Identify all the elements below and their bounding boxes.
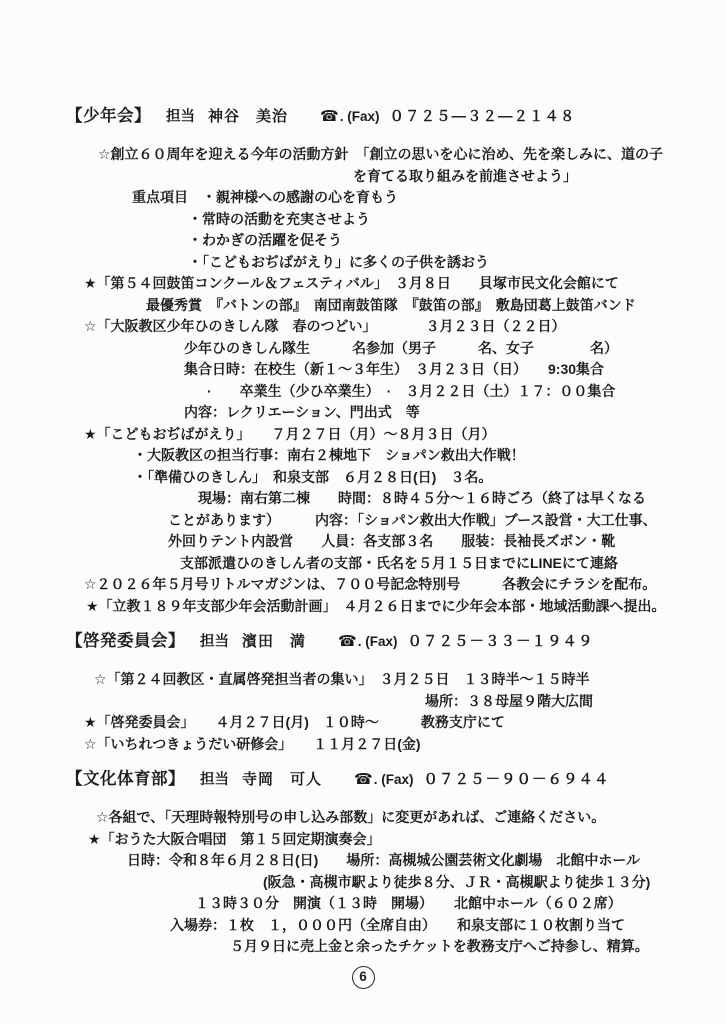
text-line: 少年ひのきしん隊生 名参加（男子 名、女子 名） [0, 338, 726, 360]
text-line: ５月９日に売上金と余ったチケットを教務支庁へご持参し、精算。 [0, 936, 726, 958]
text-line: １３時３０分 開演（１３時 開場） 北館中ホール（６０２席） [0, 893, 726, 915]
contact-label: 担当 [200, 768, 229, 792]
text-line: ☆「第２４回教区・直属啓発担当者の集い」 ３月２５日 １３時半～１５時半 [0, 669, 726, 691]
fax-label: . (Fax) [358, 630, 398, 654]
text-line: ☆２０２６年５月号リトルマガジンは、７００号記念特別号 各教会にチラシを配布。 [0, 574, 726, 596]
text-line: ことがあります） 内容：「ショパン救出大作戦」ブース設営・大工仕事、 [0, 510, 726, 532]
phone-fax-icon: ☎ [320, 105, 339, 129]
text-line: ・常時の活動を充実させよう [0, 209, 726, 231]
section-heading: 【文化体育部】担当寺岡 可人☎. (Fax)０７２５－９０－６９４４ [0, 767, 726, 791]
text-line: 現場：南右第二棟 時間：８時４５分～１６時ごろ（終了は早くなる [0, 488, 726, 510]
phone-number: ０７２５－９０－６９４４ [423, 768, 609, 792]
text-line: (阪急・高槻市駅より徒歩８分、ＪＲ・高槻駅より徒歩１３分) [0, 872, 726, 894]
document-section: 【文化体育部】担当寺岡 可人☎. (Fax)０７２５－９０－６９４４☆各組で、「… [0, 767, 726, 958]
text-line: 場所：３８母屋９階大広間 [0, 691, 726, 713]
page-footer: 6 [0, 966, 726, 989]
text-line: ☆「いちれつきょうだい研修会」 １１月２７日(金) [0, 734, 726, 756]
contact-name: 寺岡 可人 [242, 768, 322, 792]
section-heading: 【少年会】担当神谷 美治☎. (Fax)０７２５—３２—２１４８ [0, 104, 726, 128]
contact-name: 濱田 満 [242, 630, 306, 654]
phone-fax-icon: ☎ [354, 768, 373, 792]
text-line: 支部派遣ひのきしん者の支部・氏名を５月１５日までにLINEにて連絡 [0, 553, 726, 575]
text-line: を育てる取り組みを前進させよう」 [0, 166, 726, 188]
text-line: ・「こどもおぢばがえり」に多くの子供を誘おう [0, 252, 726, 274]
document-page: 【少年会】担当神谷 美治☎. (Fax)０７２５—３２—２１４８☆創立６０周年を… [0, 0, 726, 1024]
text-line: 入場券：１枚 １，０００円（全席自由） 和泉支部に１０枚割り当て [0, 915, 726, 937]
text-line: ★「こどもおぢばがえり」 ７月２７日（月）～８月３日（月） [0, 424, 726, 446]
phone-number: ０７２５—３２—２１４８ [389, 105, 575, 129]
text-line: ☆「大阪教区少年ひのきしん隊 春のつどい」 ３月２３日（２２日） [0, 316, 726, 338]
text-line: 外回りテント内設営 人員：各支部３名 服装：長袖長ズボン・靴 [0, 531, 726, 553]
text-line: ★「第５４回鼓笛コンクール＆フェスティバル」 ３月８日 貝塚市民文化会館にて [0, 273, 726, 295]
fax-label: . (Fax) [340, 105, 380, 129]
text-line: 重点項目 ・親神様への感謝の心を育もう [0, 187, 726, 209]
text-line: · 卒業生（少ひ卒業生） · ３月２２日（土）１７：００集合 [0, 381, 726, 403]
page-number: 6 [352, 966, 375, 989]
section-title: 【啓発委員会】 [66, 629, 185, 653]
section-title: 【文化体育部】 [66, 767, 185, 791]
sections: 【少年会】担当神谷 美治☎. (Fax)０７２５—３２—２１４８☆創立６０周年を… [0, 0, 726, 958]
contact-name: 神谷 美治 [208, 105, 288, 129]
text-line: ★「おうた大阪合唱団 第１５回定期演奏会」 [0, 829, 726, 851]
section-heading: 【啓発委員会】担当濱田 満☎. (Fax)０７２５－３３－１９４９ [0, 629, 726, 653]
text-line: ★「啓発委員会」 ４月２７日(月) １０時～ 教務支庁にて [0, 712, 726, 734]
text-line: 最優秀賞 『バトンの部』 南団南鼓笛隊 『鼓笛の部』 敷島団葛上鼓笛バンド [0, 295, 726, 317]
fax-label: . (Fax) [374, 768, 414, 792]
contact-label: 担当 [200, 630, 229, 654]
document-section: 【少年会】担当神谷 美治☎. (Fax)０７２５—３２—２１４８☆創立６０周年を… [0, 104, 726, 617]
phone-number: ０７２５－３３－１９４９ [407, 630, 593, 654]
text-line: ・わかぎの活躍を促そう [0, 230, 726, 252]
text-line: 集合日時：在校生（新１～３年生） ３月２３日（日） 9:30集合 [0, 359, 726, 381]
text-line: ・大阪教区の担当行事：南右２棟地下 ショパン救出大作戦！ [0, 445, 726, 467]
text-line: ★「立教１８９年支部少年会活動計画」 ４月２６日までに少年会本部・地域活動課へ提… [0, 596, 726, 618]
text-line: ・「準備ひのきしん」 和泉支部 ６月２８日(日) ３名。 [0, 467, 726, 489]
phone-fax-icon: ☎ [338, 630, 357, 654]
text-line: 内容：レクリエーション、門出式 等 [0, 402, 726, 424]
text-line: ☆各組で、「天理時報特別号の申し込み部数」に変更があれば、ご連絡ください。 [0, 807, 726, 829]
section-title: 【少年会】 [66, 104, 151, 128]
document-section: 【啓発委員会】担当濱田 満☎. (Fax)０７２５－３３－１９４９☆「第２４回教… [0, 629, 726, 755]
text-line: 日時：令和８年６月２８日(日) 場所：高槻城公園芸術文化劇場 北館中ホール [0, 850, 726, 872]
contact-label: 担当 [166, 105, 195, 129]
text-line: ☆創立６０周年を迎える今年の活動方針 「創立の思いを心に治め、先を楽しみに、道の… [0, 144, 726, 166]
